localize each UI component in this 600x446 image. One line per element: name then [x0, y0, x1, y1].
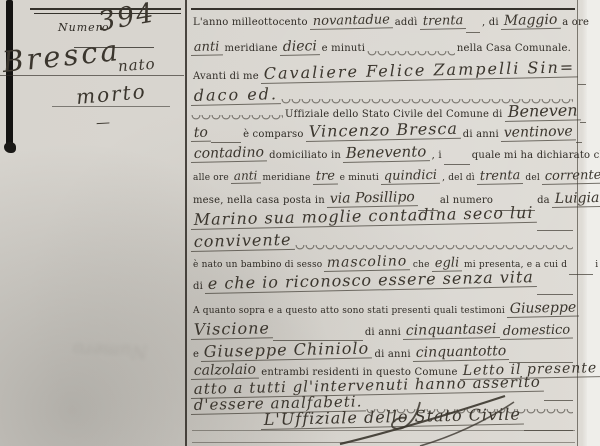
- handwritten-text: Benevento: [343, 144, 430, 163]
- printed-text: A quanto sopra e a questo atto sono stat…: [191, 306, 507, 316]
- handwritten-text: corrente: [542, 169, 600, 185]
- printed-text: a ore: [560, 17, 591, 28]
- handwritten-text: cinquantotto: [412, 344, 509, 362]
- handwritten-text: ventinove: [501, 124, 576, 142]
- printed-text: addì: [393, 17, 420, 28]
- printed-text: Avanti di me: [191, 71, 261, 82]
- body-line: contadinodomiciliato inBenevento, iquale…: [191, 146, 573, 165]
- blank-underline: [466, 22, 480, 33]
- printed-text: e: [191, 349, 201, 360]
- margin-handwriting: —: [96, 116, 111, 131]
- handwritten-text: tre: [312, 169, 337, 185]
- margin-handwriting: nato: [118, 57, 157, 75]
- printed-text: è nato un bambino di sesso: [191, 260, 324, 270]
- handwritten-text: Giuseppe Chiniolo: [201, 340, 373, 362]
- blank-underline: [576, 132, 582, 143]
- body-line: die che io riconosco essere senza vita: [191, 276, 573, 295]
- handwritten-text: e che io riconosco essere senza vita: [205, 269, 537, 294]
- blank-underline: [580, 112, 586, 123]
- handwritten-text: trenta: [419, 14, 466, 30]
- handwritten-text: novantadue: [309, 13, 392, 30]
- signature-flourish: [300, 392, 560, 446]
- margin-handwriting: morto: [75, 81, 147, 107]
- printed-text: Uffiziale dello Stato Civile del Comune …: [283, 109, 505, 120]
- margin-column: Numero Numero394Brescanatomorto—: [0, 0, 185, 446]
- blank-underline: [578, 74, 586, 85]
- printed-text: di anni: [373, 349, 413, 360]
- handwritten-text: trenta: [477, 169, 524, 185]
- body-line: Viscionedi annicinquantaseidomestico: [191, 322, 573, 341]
- body-line: convivente: [191, 234, 573, 253]
- body-line: Marino sua moglie contadina seco lui: [191, 212, 573, 231]
- printed-text: , di: [480, 17, 501, 28]
- printed-text: , i: [430, 150, 444, 161]
- handwritten-text: Giuseppe: [507, 300, 580, 318]
- printed-text: di: [191, 281, 205, 292]
- blank-underline: [444, 154, 470, 165]
- margin-handwriting: Bresca: [1, 36, 122, 77]
- handwritten-text: Cavaliere Felice Zampelli Sin=: [260, 59, 578, 84]
- handwritten-text: calzolaio: [191, 363, 260, 380]
- body-column: L'anno milleottocentonovantadueaddìtrent…: [191, 0, 575, 446]
- printed-text: di anni: [461, 129, 501, 140]
- handwritten-text: anti: [191, 40, 223, 56]
- column-divider-rule: [185, 0, 187, 446]
- handwritten-text: quindici: [381, 169, 440, 185]
- handwritten-text: anti: [231, 169, 261, 184]
- printed-text: i: [593, 260, 600, 270]
- blank-underline: [211, 132, 241, 143]
- margin-handwriting: 394: [96, 0, 157, 36]
- body-line: antimeridianediecie minutinella Casa Com…: [191, 40, 573, 59]
- printed-text: del: [523, 173, 542, 183]
- handwritten-text: Luigia: [552, 191, 600, 208]
- morto-underline: [52, 106, 170, 107]
- printed-text: è comparso: [241, 129, 306, 140]
- handwritten-text: Beneven: [504, 102, 580, 122]
- printed-text: , del dì: [440, 173, 477, 183]
- pen-squiggle: [367, 51, 455, 59]
- printed-text: meridiane: [223, 43, 280, 54]
- register-page-sheet: Numero Numero394Brescanatomorto— L'anno …: [0, 0, 600, 446]
- blank-underline: [537, 284, 573, 295]
- handwritten-text: contadino: [191, 145, 267, 163]
- printed-text: e minuti: [320, 43, 367, 54]
- printed-text: alle ore: [191, 173, 231, 183]
- blank-underline: [537, 220, 573, 231]
- printed-text: da: [535, 195, 552, 206]
- body-line: toè comparsoVincenzo Brescadi anniventin…: [191, 124, 573, 143]
- printed-text: nella Casa Comunale.: [455, 43, 573, 54]
- body-line: alle oreantimeridianetree minutiquindici…: [191, 170, 573, 189]
- printed-text: di anni: [363, 327, 403, 338]
- body-line: eGiuseppe Chiniolodi annicinquantotto: [191, 344, 573, 363]
- pen-squiggle: [191, 115, 283, 123]
- body-line: L'anno milleottocentonovantadueaddìtrent…: [191, 14, 573, 33]
- handwritten-text: Viscione: [191, 320, 273, 340]
- handwritten-text: Maggio: [500, 13, 560, 30]
- handwritten-text: Vincenzo Bresca: [305, 121, 461, 142]
- printed-text: mese, nella casa posta in: [191, 195, 327, 206]
- handwritten-text: cinquantasei: [403, 322, 500, 340]
- printed-text: e minuti: [338, 173, 381, 183]
- pen-squiggle: [295, 245, 573, 253]
- scan-edge-strip: [587, 0, 600, 446]
- handwritten-text: to: [191, 126, 211, 142]
- printed-text: meridiane: [261, 173, 313, 183]
- handwritten-text: Marino sua moglie contadina seco lui: [191, 205, 537, 230]
- handwritten-text: domestico: [499, 323, 573, 340]
- handwritten-text: convivente: [191, 232, 295, 252]
- handwritten-text: dieci: [279, 39, 319, 56]
- body-line: Avanti di meCavaliere Felice Zampelli Si…: [191, 66, 573, 85]
- printed-text: L'anno milleottocento: [191, 17, 310, 28]
- bleed-through-ghost: Numero: [27, 298, 149, 362]
- blank-underline: [569, 264, 593, 275]
- printed-text: domiciliato in: [267, 150, 343, 161]
- printed-text: quale mi ha dichiarato che: [470, 150, 600, 161]
